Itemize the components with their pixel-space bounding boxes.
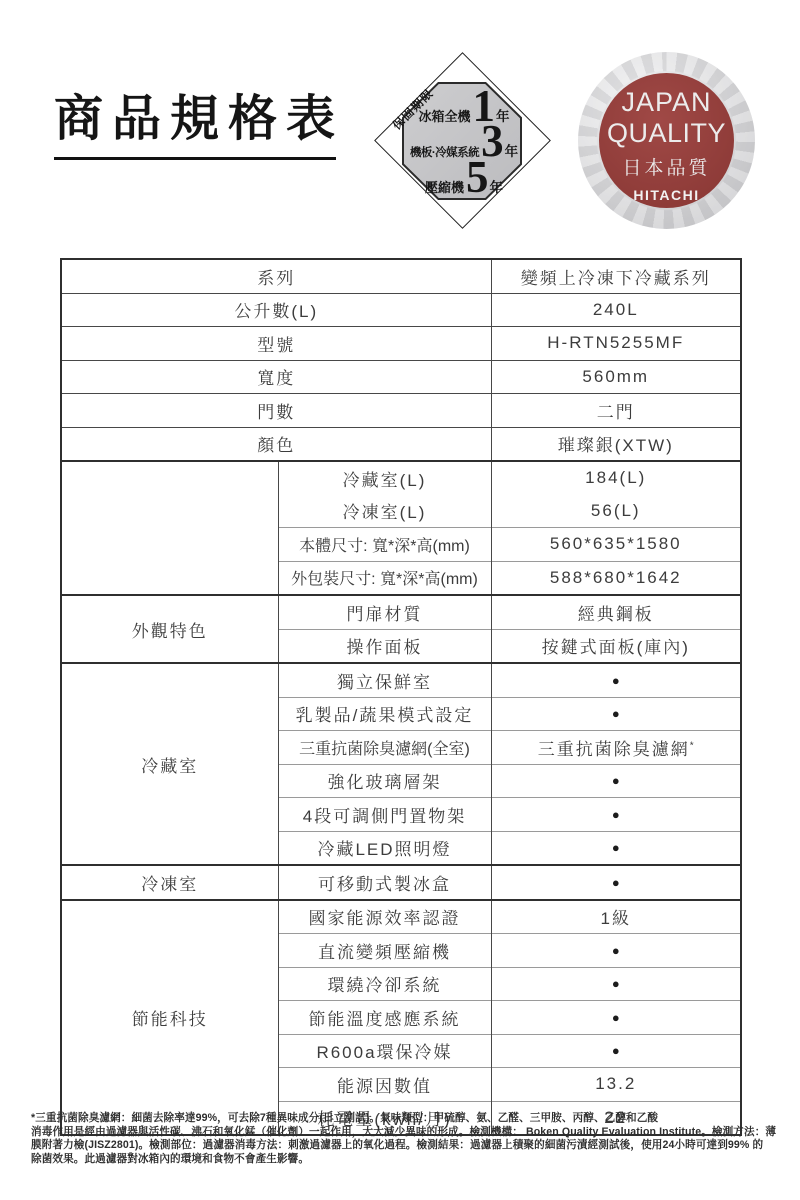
table-row: 系列變頻上冷凍下冷藏系列	[61, 259, 741, 293]
feature-value-cell: ●	[491, 1034, 741, 1068]
feature-value-text: 按鍵式面板(庫內)	[542, 638, 690, 657]
feature-value-cell: ●	[491, 697, 741, 731]
feature-value-cell: 1級	[491, 900, 741, 934]
feature-value-cell: 588*680*1642	[491, 561, 741, 595]
feature-value-text: ●	[612, 1010, 620, 1025]
spec-sheet-page: 商品規格表 保固期限 冰箱全機1年機板·冷媒系統3年壓縮機5年 JAPAN QU…	[0, 0, 800, 1200]
feature-value-cell: 三重抗菌除臭濾網*	[491, 731, 741, 765]
group-label-cell	[61, 461, 278, 595]
warranty-item-unit: 年	[505, 140, 519, 160]
feature-label-cell: 強化玻璃層架	[278, 764, 491, 798]
feature-value-text: 56(L)	[591, 501, 641, 520]
feature-value-cell: ●	[491, 798, 741, 832]
table-row: 冷凍室可移動式製冰盒●	[61, 865, 741, 900]
feature-value-text: ●	[612, 875, 620, 890]
feature-value-text: 184(L)	[585, 468, 646, 487]
feature-label-cell: 門扉材質	[278, 595, 491, 629]
feature-value-text: 588*680*1642	[550, 568, 682, 587]
table-row: 冷藏室(L)184(L)	[61, 461, 741, 495]
feature-value-text: ●	[612, 706, 620, 721]
row-value-cell: H-RTN5255MF	[491, 327, 741, 361]
warranty-item-label: 壓縮機	[425, 177, 464, 196]
spec-table: 系列變頻上冷凍下冷藏系列公升數(L)240L型號H-RTN5255MF寬度560…	[60, 258, 742, 1136]
feature-label-cell: R600a環保冷媒	[278, 1034, 491, 1068]
table-row: 寬度560mm	[61, 360, 741, 394]
row-value-cell: 240L	[491, 293, 741, 327]
warranty-item-unit: 年	[490, 176, 504, 196]
feature-label-cell: 可移動式製冰盒	[278, 865, 491, 900]
feature-label-cell: 操作面板	[278, 629, 491, 663]
footnote-marker: *	[690, 740, 694, 751]
group-label-cell: 冷凍室	[61, 865, 278, 900]
feature-value-text: ●	[612, 673, 620, 688]
table-row: 型號H-RTN5255MF	[61, 327, 741, 361]
row-label-cell: 公升數(L)	[61, 293, 491, 327]
feature-label-cell: 冷凍室(L)	[278, 495, 491, 528]
feature-value-text: ●	[612, 773, 620, 788]
feature-value-text: 三重抗菌除臭濾網	[538, 740, 690, 759]
warranty-items: 冰箱全機1年機板·冷媒系統3年壓縮機5年	[404, 86, 524, 200]
feature-label-cell: 乳製品/蔬果模式設定	[278, 697, 491, 731]
quality-red-circle: JAPAN QUALITY 日本品質 HITACHI	[599, 73, 734, 208]
footnotes: *三重抗菌除臭濾網：細菌去除率達99%，可去除7種異味成分(日立測試)。氣味類型…	[31, 1112, 776, 1166]
hitachi-logo-text: HITACHI	[633, 187, 699, 203]
quality-text-quality: QUALITY	[607, 118, 726, 149]
feature-value-text: 1級	[601, 909, 631, 928]
table-row: 顏色璀璨銀(XTW)	[61, 427, 741, 461]
spec-table-body: 系列變頻上冷凍下冷藏系列公升數(L)240L型號H-RTN5255MF寬度560…	[61, 259, 741, 1135]
group-label-cell: 外觀特色	[61, 595, 278, 663]
footnote-line: 膜附著力檢(JISZ2801)。檢測部位：過濾器消毒方法：刺激過濾器上的氧化過程…	[31, 1139, 776, 1153]
feature-label-cell: 節能溫度感應系統	[278, 1001, 491, 1035]
footnote-line: 除菌效果。此過濾器對冰箱內的環境和食物不會產生影響。	[31, 1153, 776, 1167]
warranty-item: 壓縮機5年	[425, 158, 503, 196]
feature-value-cell: 560*635*1580	[491, 528, 741, 562]
title-underline	[54, 157, 336, 160]
footnote-line: *三重抗菌除臭濾網：細菌去除率達99%，可去除7種異味成分(日立測試)。氣味類型…	[31, 1112, 776, 1126]
feature-label-cell: 獨立保鮮室	[278, 663, 491, 697]
table-row: 公升數(L)240L	[61, 293, 741, 327]
feature-label-cell: 4段可調側門置物架	[278, 798, 491, 832]
group-label-cell: 冷藏室	[61, 663, 278, 865]
feature-label-cell: 外包裝尺寸: 寬*深*高(mm)	[278, 561, 491, 595]
feature-value-cell: ●	[491, 865, 741, 900]
page-title-block: 商品規格表	[54, 84, 340, 160]
row-value-cell: 二門	[491, 394, 741, 428]
feature-value-cell: 184(L)	[491, 461, 741, 495]
feature-label-cell: 三重抗菌除臭濾網(全室)	[278, 731, 491, 765]
page-title: 商品規格表	[54, 84, 340, 155]
warranty-badge: 保固期限 冰箱全機1年機板·冷媒系統3年壓縮機5年	[374, 52, 550, 228]
feature-value-cell: ●	[491, 764, 741, 798]
warranty-item-years: 5	[466, 158, 489, 196]
table-row: 門數二門	[61, 394, 741, 428]
row-label-cell: 型號	[61, 327, 491, 361]
feature-value-cell: ●	[491, 934, 741, 968]
feature-value-cell: ●	[491, 1001, 741, 1035]
feature-value-text: ●	[612, 840, 620, 855]
feature-value-cell: 56(L)	[491, 495, 741, 528]
japan-quality-badge: JAPAN QUALITY 日本品質 HITACHI	[578, 52, 755, 229]
feature-value-text: ●	[612, 1043, 620, 1058]
feature-label-cell: 能源因數值	[278, 1068, 491, 1102]
feature-label-cell: 冷藏室(L)	[278, 461, 491, 495]
row-value-cell: 璀璨銀(XTW)	[491, 427, 741, 461]
feature-value-text: 560*635*1580	[550, 534, 682, 553]
footnote-line: 消毒作用是經由過濾器與活性碳、沸石和氧化錳（催化劑）一起作用，大大減少異味的形成…	[31, 1126, 776, 1140]
quality-text-japan: JAPAN	[621, 87, 711, 118]
group-label-cell: 節能科技	[61, 900, 278, 1136]
feature-value-cell: ●	[491, 967, 741, 1001]
feature-label-cell: 冷藏LED照明燈	[278, 831, 491, 865]
warranty-item: 機板·冷媒系統3年	[410, 122, 518, 160]
feature-value-text: 13.2	[595, 1074, 636, 1093]
row-label-cell: 系列	[61, 259, 491, 293]
feature-value-cell: 13.2	[491, 1068, 741, 1102]
feature-value-text: 經典鋼板	[578, 605, 654, 624]
table-row: 冷藏室獨立保鮮室●	[61, 663, 741, 697]
feature-value-cell: ●	[491, 831, 741, 865]
feature-label-cell: 直流變頻壓縮機	[278, 934, 491, 968]
feature-label-cell: 環繞冷卻系統	[278, 967, 491, 1001]
feature-value-cell: 經典鋼板	[491, 595, 741, 629]
feature-label-cell: 國家能源效率認證	[278, 900, 491, 934]
row-value-cell: 560mm	[491, 360, 741, 394]
row-value-cell: 變頻上冷凍下冷藏系列	[491, 259, 741, 293]
feature-value-cell: 按鍵式面板(庫內)	[491, 629, 741, 663]
row-label-cell: 門數	[61, 394, 491, 428]
table-row: 節能科技國家能源效率認證1級	[61, 900, 741, 934]
table-row: 外觀特色門扉材質經典鋼板	[61, 595, 741, 629]
quality-text-jp: 日本品質	[622, 153, 710, 180]
feature-value-cell: ●	[491, 663, 741, 697]
row-label-cell: 顏色	[61, 427, 491, 461]
feature-value-text: ●	[612, 976, 620, 991]
row-label-cell: 寬度	[61, 360, 491, 394]
feature-value-text: ●	[612, 807, 620, 822]
feature-label-cell: 本體尺寸: 寬*深*高(mm)	[278, 528, 491, 562]
feature-value-text: ●	[612, 943, 620, 958]
